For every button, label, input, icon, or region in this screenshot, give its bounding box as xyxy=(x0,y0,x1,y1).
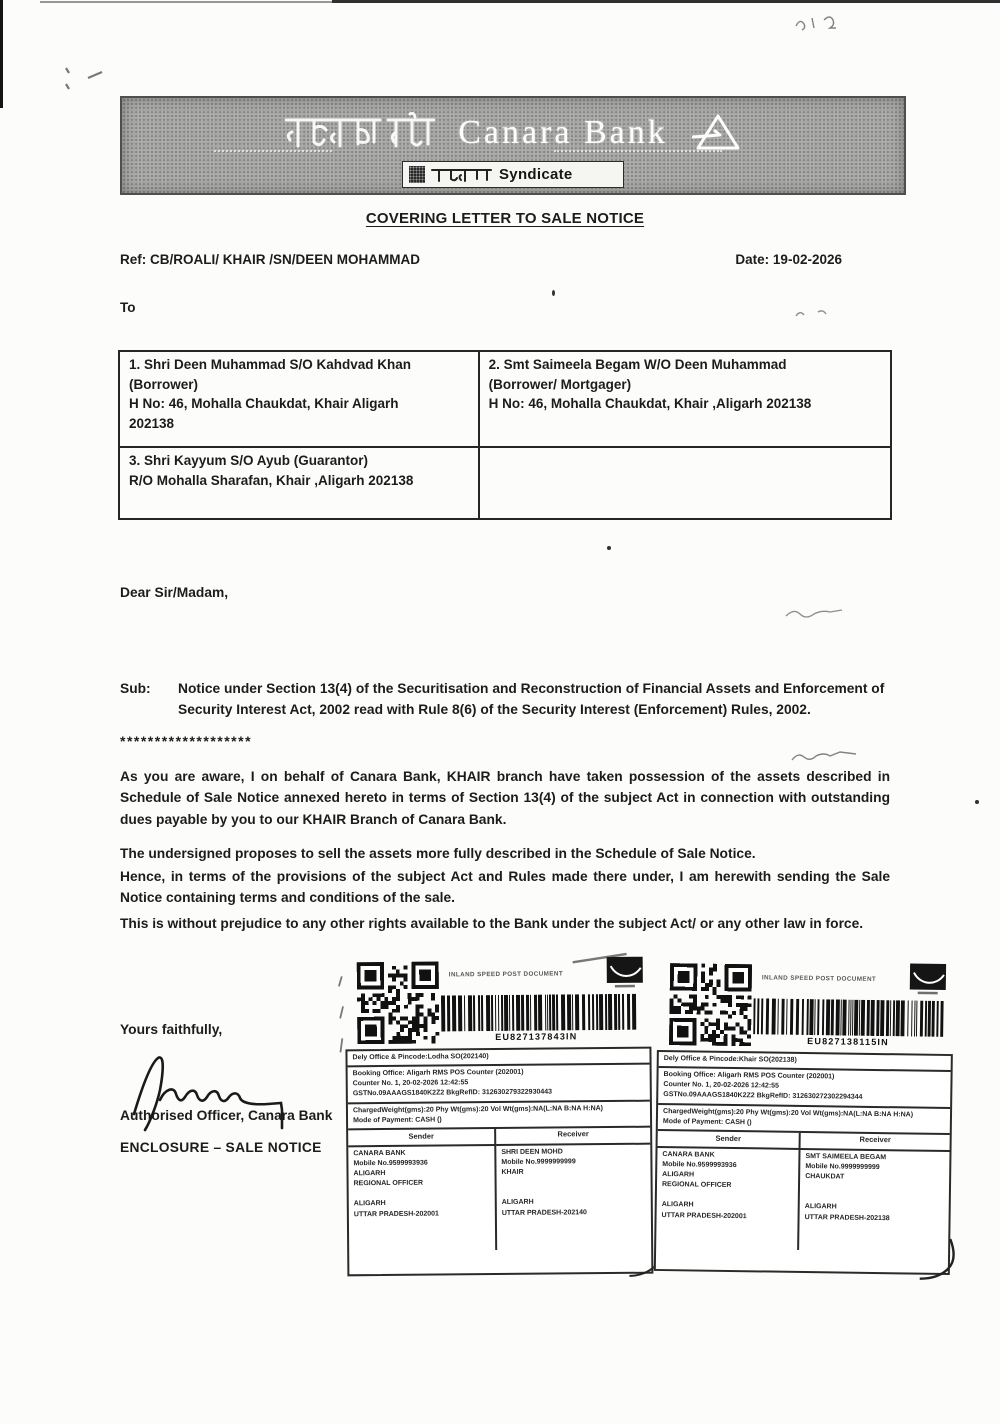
syndicate-label: Syndicate xyxy=(499,166,573,183)
postage-stamp-icon xyxy=(908,962,948,997)
scan-left-edge xyxy=(0,0,3,108)
receipt-header: INLAND SPEED POST DOCUMENT xyxy=(762,974,932,983)
addressee-cell-guarantor: 3. Shri Kayyum S/O Ayub (Guarantor) R/O … xyxy=(119,447,479,519)
closing: Yours faithfully, xyxy=(120,1022,222,1037)
paragraph-possession: As you are aware, I on behalf of Canara … xyxy=(120,766,890,830)
pen-mark xyxy=(58,62,108,102)
paragraph-sending-notice: Hence, in terms of the provisions of the… xyxy=(120,866,890,909)
signatory: Authorised Officer, Canara Bank xyxy=(120,1108,332,1123)
to-label: To xyxy=(120,300,136,315)
enclosure-note: ENCLOSURE – SALE NOTICE xyxy=(120,1140,322,1155)
hindi-canara-bank-wordmark xyxy=(284,112,436,154)
signature xyxy=(118,1048,368,1140)
separator-stars: ******************* xyxy=(120,733,252,749)
corner-fold-mark xyxy=(918,1237,963,1288)
pen-mark xyxy=(788,748,868,766)
receiver-label: Receiver xyxy=(496,1128,650,1146)
qr-code xyxy=(357,962,440,1045)
receiver-label: Receiver xyxy=(801,1133,950,1152)
subject-block: Sub: Notice under Section 13(4) of the S… xyxy=(120,678,892,721)
letter-date: Date: 19-02-2026 xyxy=(735,252,842,267)
paragraph-proposal: The undersigned proposes to sell the ass… xyxy=(120,843,890,864)
syndicate-badge: Syndicate xyxy=(402,161,624,188)
receiver-address: SHRI DEEN MOHD Mobile No.9999999999 KHAI… xyxy=(496,1144,651,1249)
tracking-number: EU827138115IN xyxy=(745,1035,951,1048)
table-row: 3. Shri Kayyum S/O Ayub (Guarantor) R/O … xyxy=(119,447,891,519)
scan-speck xyxy=(552,290,555,296)
receipt-details-box: Dely Office & Pincode:Khair SO(202138) B… xyxy=(654,1050,953,1275)
gst-ref: GSTNo.09AAAGS1840K2Z2 BkgRefID: 31263027… xyxy=(353,1087,645,1100)
weight-payment: ChargedWeight(gms):20 Phy Wt(gms):20 Vol… xyxy=(658,1105,950,1135)
weight-payment: ChargedWeight(gms):20 Phy Wt(gms):20 Vol… xyxy=(348,1101,650,1130)
booking-details: Booking Office: Aligarh RMS POS Counter … xyxy=(348,1065,650,1104)
receipt-details-box: Dely Office & Pincode:Lodha SO(202140) B… xyxy=(345,1047,653,1277)
sender-label: Sender xyxy=(348,1129,496,1147)
scan-speck xyxy=(975,800,979,804)
subject-text: Notice under Section 13(4) of the Securi… xyxy=(178,681,884,717)
branch-name: KHAIR xyxy=(447,769,491,784)
addressee-cell-mortgager: 2. Smt Saimeela Begam W/O Deen Muhammad … xyxy=(479,351,891,447)
branch-name: KHAIR xyxy=(302,812,346,827)
canara-bank-banner: Canara Bank Syndicate xyxy=(120,96,906,195)
banner-subtext-line xyxy=(214,150,332,152)
sender-receiver-details: CANARA BANK Mobile No.9599993936 ALIGARH… xyxy=(656,1148,949,1252)
banner-subtext-line xyxy=(554,150,722,152)
syndicate-logo-icon xyxy=(409,166,425,183)
sender-label: Sender xyxy=(658,1131,801,1150)
hindi-syndicate-wordmark xyxy=(431,166,493,184)
sender-address: CANARA BANK Mobile No.9599993936 ALIGARH… xyxy=(348,1146,497,1251)
table-row: 1. Shri Deen Muhammad S/O Kahdvad Khan (… xyxy=(119,351,891,447)
scanned-letter-page: Canara Bank Syndicate COVERING LETTER TO xyxy=(0,0,1000,1424)
barcode xyxy=(441,994,637,1032)
pen-mark xyxy=(335,972,350,1062)
booking-details: Booking Office: Aligarh RMS POS Counter … xyxy=(658,1068,950,1108)
paragraph-without-prejudice: This is without prejudice to any other r… xyxy=(120,913,890,934)
pen-mark xyxy=(569,952,633,967)
canara-bank-triangle-logo xyxy=(690,111,742,155)
tracking-number: EU827137843IN xyxy=(433,1031,639,1043)
addressee-table: 1. Shri Deen Muhammad S/O Kahdvad Khan (… xyxy=(118,350,892,520)
speed-post-receipt-2: INLAND SPEED POST DOCUMENT EU827138115IN… xyxy=(654,955,954,1275)
scan-top-edge-left xyxy=(40,1,332,3)
receipt-header: INLAND SPEED POST DOCUMENT xyxy=(449,970,619,978)
bank-name-wordmark: Canara Bank xyxy=(458,114,668,152)
pen-mark xyxy=(790,10,850,36)
salutation: Dear Sir/Madam, xyxy=(120,585,228,600)
qr-code xyxy=(669,963,752,1046)
barcode xyxy=(753,998,943,1037)
pen-mark xyxy=(780,606,850,624)
pen-mark xyxy=(790,306,840,326)
sender-address: CANARA BANK Mobile No.9599993936 ALIGARH… xyxy=(656,1148,800,1250)
addressee-cell-empty xyxy=(479,447,891,519)
payment-mode: Mode of Payment: CASH () xyxy=(353,1113,645,1126)
speed-post-receipt-1: INLAND SPEED POST DOCUMENT EU827137843IN… xyxy=(345,952,654,1277)
scan-speck xyxy=(607,546,611,550)
reference-number: Ref: CB/ROALI/ KHAIR /SN/DEEN MOHAMMAD xyxy=(120,252,420,267)
ref-date-row: Ref: CB/ROALI/ KHAIR /SN/DEEN MOHAMMAD D… xyxy=(120,252,890,267)
sender-receiver-details: CANARA BANK Mobile No.9599993936 ALIGARH… xyxy=(348,1144,651,1251)
subject-label: Sub: xyxy=(120,678,151,699)
addressee-cell-borrower: 1. Shri Deen Muhammad S/O Kahdvad Khan (… xyxy=(119,351,479,447)
letter-title: COVERING LETTER TO SALE NOTICE xyxy=(120,210,890,227)
scan-top-edge-right xyxy=(332,0,1000,3)
